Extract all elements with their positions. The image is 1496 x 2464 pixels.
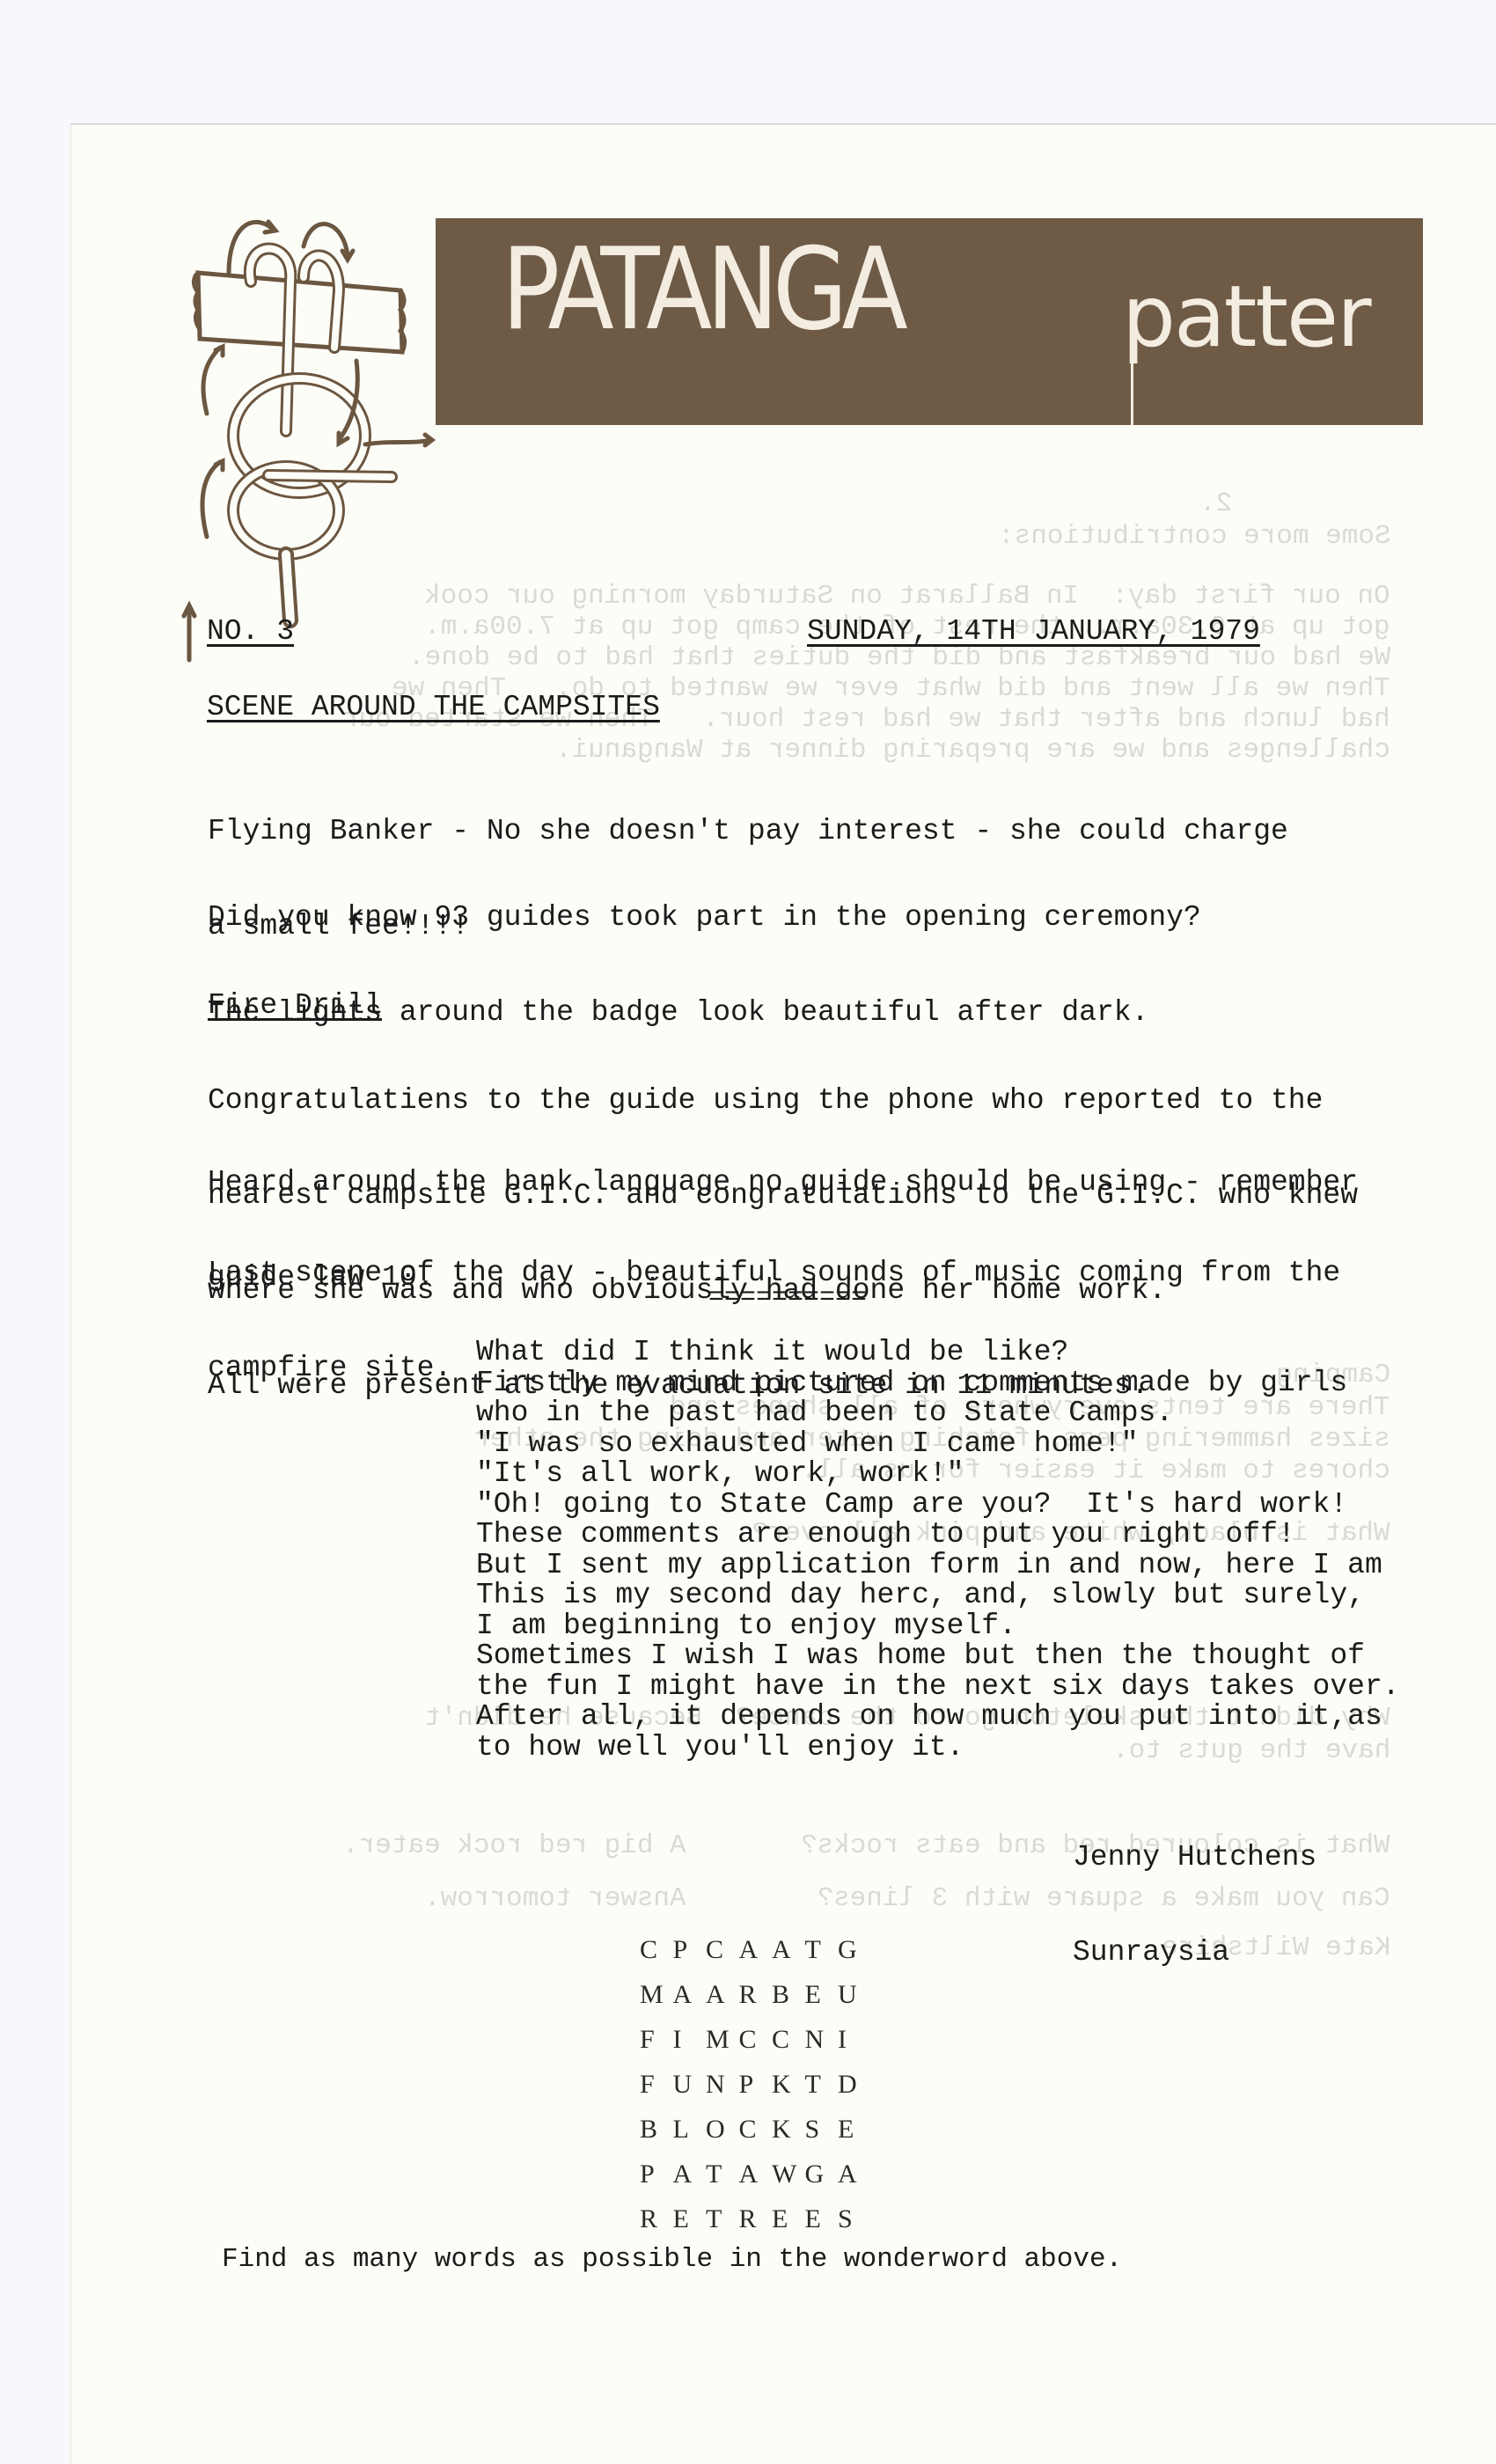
contribution-line: "I was so exhausted when I came home!" [476, 1429, 1400, 1460]
show-through-line: Some more contributions: [998, 521, 1390, 553]
wonderword-letter: C [706, 1927, 739, 1972]
contribution-line: These comments are enough to put you rig… [476, 1520, 1400, 1551]
wonderword-letter: N [706, 2062, 739, 2107]
wonderword-letter: A [673, 1972, 707, 2017]
wonderword-grid: CPCAATGMAARBEUFIMCCNIFUNPKTDBLOCKSEPATAW… [640, 1927, 871, 2241]
wonderword-letter: U [838, 1972, 871, 2017]
wonderword-letter: T [706, 2152, 739, 2196]
wonderword-letter: U [673, 2062, 707, 2107]
contribution-text: What did I think it would be like?Firstl… [476, 1338, 1400, 1763]
wonderword-row: MAARBEU [640, 1972, 871, 2017]
issue-date: SUNDAY, 14TH JANUARY, 1979 [807, 616, 1260, 648]
contribution-line: the fun I might have in the next six day… [476, 1672, 1400, 1703]
wonderword-row: FUNPKTD [640, 2062, 871, 2107]
show-through-line: On our first day: In Ballarat on Saturda… [424, 581, 1390, 612]
wonderword-letter: F [640, 2017, 673, 2062]
issue-number: NO. 3 [207, 616, 294, 648]
wonderword-letter: S [805, 2107, 839, 2152]
wonderword-letter: M [706, 2017, 739, 2062]
wonderword-letter: B [772, 1972, 805, 2017]
wonderword-letter: A [739, 1927, 773, 1972]
wonderword-letter: A [838, 2152, 871, 2196]
wonderword-letter: P [640, 2152, 673, 2196]
section-heading-text: SCENE AROUND THE CAMPSITES [207, 691, 660, 723]
wonderword-letter: E [838, 2107, 871, 2152]
issue-number-text: NO. 3 [207, 615, 294, 648]
wonderword-letter: C [739, 2017, 773, 2062]
author-name: Jenny Hutchens [1073, 1842, 1316, 1874]
wonderword-letter: R [739, 1972, 773, 2017]
wonderword-letter: W [772, 2152, 805, 2196]
wonderword-letter: L [673, 2107, 707, 2152]
wonderword-letter: S [838, 2196, 871, 2241]
contribution-line: What did I think it would be like? [476, 1338, 1400, 1368]
wonderword-row: RETREES [640, 2196, 871, 2241]
wonderword-row: BLOCKSE [640, 2107, 871, 2152]
wonderword-letter: F [640, 2062, 673, 2107]
contribution-line: I am beginning to enjoy myself. [476, 1611, 1400, 1642]
wonderword-letter: O [706, 2107, 739, 2152]
wonderword-letter: T [805, 2062, 839, 2107]
wonderword-letter: E [805, 1972, 839, 2017]
wonderword-letter: D [838, 2062, 871, 2107]
wonderword-letter: N [805, 2017, 839, 2062]
wonderword-letter: I [838, 2017, 871, 2062]
wonderword-letter: I [673, 2017, 707, 2062]
contribution-line: to how well you'll enjoy it. [476, 1733, 1400, 1764]
wonderword-letter: R [739, 2196, 773, 2241]
wonderword-letter: A [673, 2152, 707, 2196]
contribution-line: After all, it depends on how much you pu… [476, 1702, 1400, 1733]
wonderword-letter: E [673, 2196, 707, 2241]
section-heading: SCENE AROUND THE CAMPSITES [207, 692, 660, 723]
contribution-line: Sometimes I wish I was home but then the… [476, 1641, 1400, 1672]
wonderword-letter: C [772, 2017, 805, 2062]
wonderword-letter: T [805, 1927, 839, 1972]
wonderword-letter: T [706, 2196, 739, 2241]
fire-drill-heading-text: Fire Drill [208, 989, 382, 1022]
wonderword-letter: G [805, 2152, 839, 2196]
wonderword-row: PATAWGA [640, 2152, 871, 2196]
wonderword-letter: P [739, 2062, 773, 2107]
masthead-banner: PATANGA patter [436, 218, 1423, 425]
wonderword-letter: M [640, 1972, 673, 2017]
wonderword-letter: P [673, 1927, 707, 1972]
contribution-line: "Oh! going to State Camp are you? It's h… [476, 1490, 1400, 1521]
wonderword-letter: A [706, 1972, 739, 2017]
wonderword-letter: R [640, 2196, 673, 2241]
contribution-line: But I sent my application form in and no… [476, 1551, 1400, 1581]
masthead-subtitle: patter [1122, 275, 1370, 359]
wonderword-letter: K [772, 2107, 805, 2152]
wonderword-letter: G [838, 1927, 871, 1972]
contribution-line: Firstly my mind pictured on comments mad… [476, 1368, 1400, 1399]
wonderword-row: CPCAATG [640, 1927, 871, 1972]
reef-knot-logo-icon [180, 202, 436, 669]
author-location: Sunraysia [1073, 1937, 1316, 1969]
wonderword-letter: A [772, 1927, 805, 1972]
wonderword-letter: C [739, 2107, 773, 2152]
masthead-title: PATANGA [502, 234, 902, 347]
wonderword-letter: B [640, 2107, 673, 2152]
contribution-signature: Jenny Hutchens Sunraysia [1073, 1778, 1316, 2000]
wonderword-instruction: Find as many words as possible in the wo… [222, 2244, 1122, 2276]
wonderword-row: FIMCCNI [640, 2017, 871, 2062]
issue-date-text: SUNDAY, 14TH JANUARY, 1979 [807, 615, 1260, 648]
wonderword-letter: A [739, 2152, 773, 2196]
contribution-line: who in the past had been to State Camps. [476, 1398, 1400, 1429]
contribution-line: "It's all work, work, work!" [476, 1459, 1400, 1490]
show-through-line: 2. [1199, 488, 1232, 520]
wonderword-letter: E [805, 2196, 839, 2241]
wonderword-letter: C [640, 1927, 673, 1972]
wonderword-letter: E [772, 2196, 805, 2241]
fire-drill-heading: Fire Drill [208, 990, 1358, 1022]
section-separator: ========== [708, 1282, 867, 1314]
contribution-line: This is my second day herc, and, slowly … [476, 1580, 1400, 1611]
wonderword-letter: K [772, 2062, 805, 2107]
